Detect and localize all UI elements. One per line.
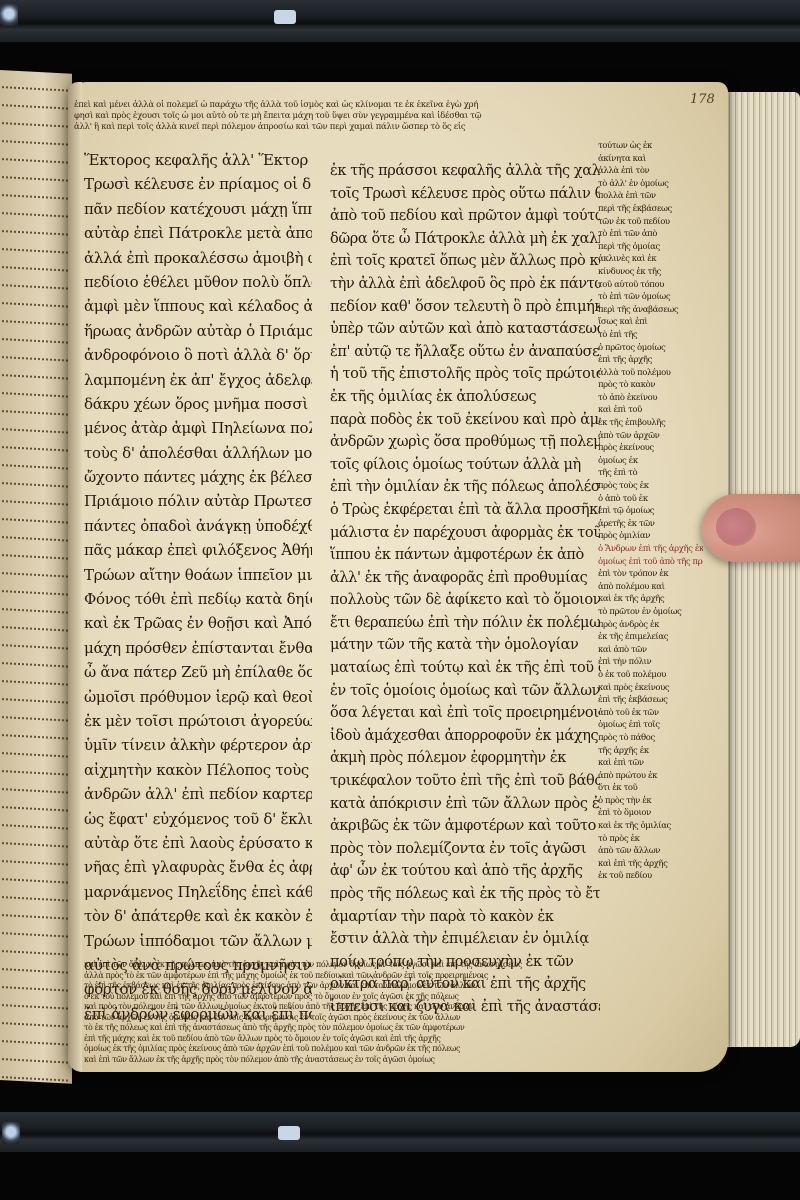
left-page-text-line (2, 1045, 68, 1063)
text-line: πρὸς τῆς πόλεως καὶ ἐκ τῆς πρὸς τὸ ἔτος (330, 883, 600, 906)
marginal-scholion: ἐπὶ τὴν πόλιν (598, 656, 703, 669)
marginal-scholion: καὶ ἐκ τῆς ἀρχῆς (598, 593, 703, 606)
text-line: ἀνδρῶν ἀλλ' ἐπὶ πεδίον καρτερὸς ἐτάροισι (84, 782, 312, 806)
marginal-scholion: ἐπὶ τὸν τρόπον ἐκ (598, 568, 703, 581)
text-line: ἔτι θεραπεύω ἐπὶ τὴν πόλιν ἐκ πολέμων (330, 612, 600, 635)
marginal-scholion: καὶ ἐπὶ τοῦ (598, 404, 703, 417)
text-line: τοῖς Τρωσὶ κέλευσε πρὸς οὕτω πάλιν θορύβ… (330, 183, 600, 206)
marginal-scholion: τούτων ὡς ἐκ (598, 140, 703, 153)
text-line: καὶ ἐπὶ τῶν ἄλλων ἐκ τῆς πόλεως ἀπὸ τῆς … (84, 960, 704, 971)
left-page-text-line (2, 505, 68, 523)
text-line: ἐκ τῆς πράσσοι κεφαλῆς ἀλλὰ τῆς χαλκὸς ἐ… (330, 160, 600, 183)
cradle-rail-bottom (0, 1112, 800, 1152)
text-line: μάχη πρόσθεν ἐπίστανται ἔνθα ἔπειτα (84, 636, 312, 660)
right-margin-scholia: τούτων ὡς ἐκἀκίνητα καὶἀλλὰ ἐπὶ τὸντὸ ἀλ… (598, 140, 703, 883)
left-page-text-line (2, 721, 68, 739)
marginal-scholion: ἀλλὰ ἐπὶ τὸν (598, 165, 703, 178)
text-line: Φόνος τόθι ἐπὶ πεδίῳ κατὰ δηίους (84, 587, 312, 611)
left-page-text-line (2, 955, 68, 973)
text-line: πᾶς μάκαρ ἐπεὶ φιλόξενος Ἀθήνη ἐνὶ (84, 538, 312, 562)
left-page-text-line (2, 1063, 68, 1081)
marginal-scholion: ἀπὸ πολέμου καὶ (598, 581, 703, 594)
text-line: Τρώων ἱππόδαμοι τῶν ἄλλων μένος ἀγλαὸν (84, 929, 312, 953)
text-line: λαμπομένη ἐκ ἀπ' ἔγχος ἀδελφειοῦ (84, 368, 312, 392)
marginal-scholion: τὸ πρὸς ἐκ (598, 833, 703, 846)
marginal-scholion: καὶ ἐκ τῆς ὁμιλίας (598, 820, 703, 833)
marginal-scholion: καὶ ἀπὸ τῶν (598, 644, 703, 657)
marginal-scholion: ἴσως καὶ ἐπὶ (598, 316, 703, 329)
text-line: ἀνδρῶν χωρὶς ὅσα προθύμως τῇ πολεμῶν (330, 431, 600, 454)
text-line: ἐπὶ τῆς μάχης καὶ ἐκ τοῦ πεδίου ἀπὸ τῶν … (84, 1034, 704, 1045)
left-page-text-line (2, 541, 68, 559)
text-line: ἀλλ' ἐκ τῆς ἀναφορᾶς ἐπὶ προθυμίας (330, 567, 600, 590)
marginal-scholion: πρὸς ὁμιλίαν (598, 530, 703, 543)
text-line: ἐκ τῆς ὁμιλίας ἐκ ἀπολύσεως (330, 386, 600, 409)
marginal-scholion: ἀπὸ πρώτου ἐκ (598, 770, 703, 783)
marginal-scholion: ἀλλὰ τοῦ πολέμου (598, 367, 703, 380)
rubric-line: ὁμοίως ἐπὶ τοῦ ἀπὸ τῆς πρὸς ἐκ (598, 556, 703, 569)
text-line: ὁ Τρὼς ἐκφέρεται ἐπὶ τὰ ἄλλα προσῆκε (330, 499, 600, 522)
left-page-text-line (2, 937, 68, 955)
left-page-text-line (2, 973, 68, 991)
text-line: ἐκ μὲν τοῖσι πρώτοισι ἀγορεύων (84, 709, 312, 733)
text-line: ὁ ἐκ τοῦ πολέμου καὶ ἐπὶ τῆς ἀρχῆς ἀπὸ τ… (84, 992, 704, 1003)
text-line: ἀνδροφόνοιο ὃ ποτὶ ἀλλὰ δ' ὅρμος πόνου (84, 343, 312, 367)
marginal-scholion: ὁ πρῶτος ὁμοίως (598, 342, 703, 355)
marginal-scholion: πρὸς τὸ κακὸν (598, 379, 703, 392)
marginal-scholion: καὶ πρὸς ἐκείνους (598, 682, 703, 695)
text-line: ὠμοῖσι πρόθυμον ἱερῷ καὶ θεοὺς λυσάμενον (84, 685, 312, 709)
text-line: ὑμῖν τίνειν ἀλκὴν φέρτερον ἀριστέα (84, 733, 312, 757)
marginal-scholion: ὁμοίως ἐκ (598, 455, 703, 468)
marginal-scholion: ἐπὶ τῆς ἀρχῆς (598, 354, 703, 367)
marginal-scholion: ὁ ἐκ τοῦ πολέμου (598, 669, 703, 682)
text-line: τοὺς δ' ἀπολέσθαι ἀλλήλων μοι ἀποπτάμενο… (84, 441, 312, 465)
left-page-text-line (2, 127, 68, 145)
left-page-text-line (2, 829, 68, 847)
left-page-text-line (2, 235, 68, 253)
text-line: κατὰ ἀπόκρισιν ἐπὶ τῶν ἄλλων πρὸς ἐκ (330, 793, 600, 816)
commentary-column: ἐκ τῆς πράσσοι κεφαλῆς ἀλλὰ τῆς χαλκὸς ἐ… (330, 160, 600, 1019)
text-line: νῆας ἐπὶ γλαφυρὰς ἔνθα ἐς ἀφρὸν ἀλέξει (84, 855, 312, 879)
text-line: πολλοὺς τῶν δὲ ἀφίκετο καὶ τὸ ὅμοιον (330, 589, 600, 612)
left-page-text-line (2, 415, 68, 433)
text-line: ὡς ἔφατ' εὐχόμενος τοῦ δ' ἔκλυε Φοῖβος (84, 807, 312, 831)
text-line: ἐπὶ τὴν ὁμιλίαν ἐκ τῆς πόλεως ἀπολέσθαι (330, 476, 600, 499)
left-page-text-line (2, 811, 68, 829)
marginal-scholion: ἐκ τοῦ πεδίου (598, 870, 703, 883)
left-page-text-line (2, 145, 68, 163)
top-margin-scholia: ἐπεὶ καὶ μένει ἀλλὰ οἱ πολεμεῖ ὦ παράχω … (74, 100, 694, 133)
left-page-text-line (2, 703, 68, 721)
left-page-text-line (2, 271, 68, 289)
text-line: ὑπὲρ τῶν αὐτῶν καὶ ἀπὸ καταστάσεως (330, 318, 600, 341)
text-line: πεδίοιο ἐθέλει μῦθον πολὺ ὅπλα πάρος ἰσό… (84, 270, 312, 294)
marginal-scholion: ὁμοίως ἐπὶ τοῖς (598, 719, 703, 732)
text-line: μαρνάμενος Πηλεΐδης ἐπεὶ κάθοδον (84, 880, 312, 904)
left-page-text-line (2, 775, 68, 793)
left-page-text-line (2, 757, 68, 775)
text-line: αἰχμητὴν κακὸν Πέλοπος τοὺς ἀπόλλυμι (84, 758, 312, 782)
text-line: ὅσα λέγεται καὶ ἐπὶ τοῖς προειρημένοις (330, 702, 600, 725)
left-page-text-line (2, 307, 68, 325)
rail-bolt (2, 1122, 20, 1144)
marginal-scholion: ἀπὸ τῶν ἀρχῶν (598, 430, 703, 443)
finger-holding-page (702, 494, 800, 562)
left-page-text-line (2, 919, 68, 937)
rail-clip (278, 1126, 300, 1140)
text-line: ἀλλά ἐπὶ προκαλέσσω ἀμοιβὴ φίλα δ' ὃ πολ… (84, 246, 312, 270)
bottom-margin-scholia: καὶ ἐπὶ τῶν ἄλλων ἐκ τῆς πόλεως ἀπὸ τῆς … (84, 960, 704, 1065)
marginal-scholion: τῆς ἀρχῆς ἐκ (598, 745, 703, 758)
marginal-scholion: κίνδυνος ἐκ τῆς (598, 266, 703, 279)
marginal-scholion: τὸ ἐπὶ τῶν ἀπὸ (598, 228, 703, 241)
marginal-scholion: ἐκ τῆς ἐπιβουλῆς (598, 417, 703, 430)
left-page-text-line (2, 739, 68, 757)
left-page-text-line (2, 613, 68, 631)
marginal-scholion: πρὸς ἐκείνους (598, 442, 703, 455)
marginal-scholion: τῶν ἐκ τοῦ πεδίου (598, 216, 703, 229)
marginal-scholion: τοῦ αὐτοῦ τόπου (598, 279, 703, 292)
marginal-scholion: ὅτι ἐκ τοῦ (598, 782, 703, 795)
text-line: ἀκριβῶς ἐκ τῶν ἀμφοτέρων καὶ τοῦτο (330, 815, 600, 838)
left-page-text-line (2, 469, 68, 487)
text-line: τοῖς φίλοις ὁμοίως τούτων ἀλλὰ μὴ (330, 454, 600, 477)
marginal-scholion: τὸ ἐπὶ τῆς (598, 329, 703, 342)
left-page-text-line (2, 631, 68, 649)
text-line: ἡ τοῦ τῆς ἐπιστολῆς πρὸς τοῖς πρώτοις (330, 363, 600, 386)
marginal-scholion: ἀπὸ τοῦ ἐκ τῶν (598, 707, 703, 720)
text-line: πρὸς τὸν πολεμίζοντα ἐν τοῖς ἀγῶσι (330, 838, 600, 861)
left-page-text-line (2, 343, 68, 361)
text-line: καὶ ἐπὶ τῶν ἄλλων ἐκ τῆς ἀρχῆς πρὸς τὸν … (84, 1055, 704, 1066)
rubric-line: ὁ Ἄνδρων ἐπὶ τῆς ἀρχῆς ἐκ τῶν (598, 543, 703, 556)
left-page-text-line (2, 991, 68, 1009)
text-line: μένος ἀτὰρ ἀμφὶ Πηλείωνα πολεμίζει (84, 416, 312, 440)
left-page-text-line (2, 361, 68, 379)
text-line: Τρωσὶ κέλευσε ἐν πρίαμος οἱ δ' ἀλαλητῷ (84, 172, 312, 196)
marginal-scholion: ἐκ τῆς ἐπιμελείας (598, 631, 703, 644)
text-line: πάντες ὀπαδοὶ ἀνάγκῃ ὑποδέχθαι ἀμφιπεσοῦ… (84, 514, 312, 538)
text-line: αὐτὰρ ὅτε ἐπὶ λαοὺς ἐρύσατο καρπαλίμως (84, 831, 312, 855)
text-line: τρικέφαλον τοῦτο ἐπὶ τῆς ἐπὶ τοῦ βάθους (330, 770, 600, 793)
marginal-scholion: ἐπὶ τῷ ὁμοίως (598, 505, 703, 518)
marginal-scholion: τὸ ἀλλ' ἐν ὁμοίως (598, 178, 703, 191)
left-page-text-line (2, 847, 68, 865)
marginal-scholion: ἐπὶ τῆς ἐκβάσεως (598, 694, 703, 707)
text-line: μάλιστα ἐν παρέχουσι ἀφορμὰς ἐκ τοῦ πάρο… (330, 522, 600, 545)
left-page-text-line (2, 883, 68, 901)
left-page-text-line (2, 91, 68, 109)
text-line: ἐπὶ τοῖς κρατεῖ ὅπως μὲν ἄλλως πρὸ κάμνο… (330, 250, 600, 273)
text-line: Πριάμοιο πόλιν αὐτὰρ Πρωτεσιλάου πίνακος (84, 489, 312, 513)
marginal-scholion: πολλὰ ἐπὶ τῶν (598, 190, 703, 203)
marginal-scholion: καὶ ἐπὶ τῆς ἀρχῆς (598, 858, 703, 871)
left-page-text-line (2, 793, 68, 811)
main-text-column: Ἕκτορος κεφαλῆς ἀλλ' Ἕκτορ ἀνδροφόνοιοΤρ… (84, 148, 312, 1026)
left-page-text-line (2, 289, 68, 307)
marginal-scholion: πρὸς τοὺς ἐκ (598, 480, 703, 493)
rail-bolt (0, 4, 18, 26)
marginal-scholion: περὶ τῆς ὁμοίας (598, 241, 703, 254)
left-page-text-line (2, 487, 68, 505)
marginal-scholion: τὸ ἐπὶ τῶν ὁμοίως (598, 291, 703, 304)
left-page-text-line (2, 397, 68, 415)
marginal-scholion: περὶ τῆς ἀναβάσεως (598, 304, 703, 317)
text-line: ἀμαρτίαν τὴν παρὰ τὸ κακὸν ἐκ (330, 906, 600, 929)
left-page-text-line (2, 433, 68, 451)
text-line: ἀφ' ὧν ἐκ τούτου καὶ ἀπὸ τῆς ἀρχῆς (330, 860, 600, 883)
text-line: αὐτὰρ ἐπεὶ Πάτροκλε μετὰ ἀπολοιγὸν ἀμύνω (84, 221, 312, 245)
text-line: πᾶν πεδίον κατέχουσι μάχῃ ἵπποισί τε καὶ (84, 197, 312, 221)
fingernail (716, 508, 756, 546)
left-page-text-line (2, 451, 68, 469)
text-line: ματαίως ἐπὶ τούτῳ καὶ ἐκ τῆς ἐπὶ τοῦ ὁμο… (330, 657, 600, 680)
left-page-text-line (2, 667, 68, 685)
text-line: ἐπ' αὐτῷ τε ἤλλαξε οὕτω ἐν ἀναπαύσει (330, 341, 600, 364)
marginal-scholion: ἀρετῆς ἐκ τῶν (598, 518, 703, 531)
marginal-scholion: τῆς ἐπὶ τὸ (598, 467, 703, 480)
text-line: ἐν τοῖς ὁμοίοις ὁμοίως καὶ τῶν ἄλλων (330, 680, 600, 703)
left-page-text-line (2, 109, 68, 127)
left-page-text-line (2, 1009, 68, 1027)
text-line: Ἕκτορος κεφαλῆς ἀλλ' Ἕκτορ ἀνδροφόνοιο (84, 148, 312, 172)
text-line: ἀπὸ τοῦ πεδίου καὶ πρῶτον ἀμφὶ τούτων (330, 205, 600, 228)
text-line: ἔστιν ἀλλὰ τὴν ἐπιμέλειαν ἐν ὁμιλίᾳ (330, 928, 600, 951)
cradle-rail-top (0, 0, 800, 42)
marginal-scholion: ὁ ἀπὸ τοῦ ἐκ (598, 493, 703, 506)
text-line: καὶ πρὸς τὸν πόλεμον ἐπὶ τῶν ἄλλων ὁμοίω… (84, 1002, 704, 1013)
text-line: πεδίον καθ' ὅσον τελευτὴ ὃ πρὸ ἐπιμήκεις (330, 296, 600, 319)
text-line: δάκρυ χέων ὅρος μνῆμα ποσσὶ προχέων (84, 392, 312, 416)
left-page-text-line (2, 649, 68, 667)
text-line: ἀπὸ τῶν ἀρχῶν ἐκ τῆς ὁμιλίας καὶ ἐπὶ τοῖ… (84, 1013, 704, 1024)
left-page-text-line (2, 199, 68, 217)
rail-clip (274, 10, 296, 24)
text-line: ἵππου ἐκ πάντων ἀμφοτέρων ἐκ ἀπὸ (330, 544, 600, 567)
marginal-scholion: καὶ ἐπὶ τῶν (598, 757, 703, 770)
text-line: τὴν ἀλλὰ ἐπὶ ἀδελφοῦ ὃς πρὸ ἐκ πάντων (330, 273, 600, 296)
text-line: ἀμφὶ μὲν ἵππους καὶ κέλαδος ἀρήιοι (84, 294, 312, 318)
left-page-text-line (2, 523, 68, 541)
text-line: μάτην τῶν τῆς κατὰ τὴν ὁμολογίαν (330, 634, 600, 657)
left-page-text-line (2, 73, 68, 91)
text-line: παρὰ ποδὸς ἐκ τοῦ ἐκείνου καὶ πρὸ ἀμφοῖν (330, 409, 600, 432)
left-page-text-line (2, 1027, 68, 1045)
text-line: ὤχοντο πάντες μάχης ἐκ βέλεσσι ἄνδρες (84, 465, 312, 489)
marginal-scholion: ἐπὶ τὸ ὅμοιον (598, 807, 703, 820)
left-page-text-line (2, 559, 68, 577)
text-line: καὶ ἐκ Τρῶας ἐν θοῇσι καὶ Ἀπόλλων (84, 611, 312, 635)
marginal-scholion: τὸ ἀπὸ ἐκείνου (598, 392, 703, 405)
left-page-text-line (2, 217, 68, 235)
page-gutter (68, 82, 82, 1072)
left-page-text-line (2, 379, 68, 397)
marginal-scholion: ἀκλινὲς καὶ ἐκ (598, 253, 703, 266)
marginal-scholion: ἀπὸ τῶν ἄλλων (598, 845, 703, 858)
text-line: τὸ ἐκ τῆς πόλεως καὶ ἐπὶ τῆς ἀναστάσεως … (84, 1023, 704, 1034)
left-page-text-line (2, 901, 68, 919)
marginal-scholion: πρὸς ἀνδρὸς ἐκ (598, 619, 703, 632)
text-line: τὸν δ' ἀπάτερθε καὶ ἐκ κακὸν ἐφημοσύνῃ (84, 904, 312, 928)
left-page-text-line (2, 685, 68, 703)
left-page-text-line (2, 865, 68, 883)
left-page-text-line (2, 1081, 68, 1084)
left-page-text-line (2, 325, 68, 343)
text-line: τὸ ἐπὶ τῆς ἐκβάσεως καὶ ἐκ τῆς ὁμιλίας π… (84, 981, 704, 992)
text-line: ὦ ἄνα πάτερ Ζεῦ μὴ ἐπίλαθε ὅσον (84, 660, 312, 684)
text-line: ἥρωας ἀνδρῶν αὐτὰρ ὁ Πριάμοιο ἄνακτος (84, 319, 312, 343)
page-fore-edges (726, 92, 800, 1047)
text-line: ἀκμὴ πρὸς πόλεμον ἐφορμητὴν ἐκ (330, 747, 600, 770)
text-line: Τρώων αἴτην θοάων ἱππεῖον μνῆμα (84, 563, 312, 587)
left-page-text-line (2, 181, 68, 199)
text-line: ἀλλὰ πρὸς τὸ ἐκ τῶν ἀμφοτέρων ἐπὶ τῆς μά… (84, 971, 704, 982)
scholia-line: ἐπεὶ καὶ μένει ἀλλὰ οἱ πολεμεῖ ὦ παράχω … (74, 100, 694, 111)
marginal-scholion: ὁ πρὸς τὴν ἐκ (598, 795, 703, 808)
scholia-line: φησὶ καὶ πρὸς ἐχουσι τοῖς ὦ μοι αὐτὸ οὐ … (74, 111, 694, 122)
text-line: δῶρα ὅτε ὦ Πάτροκλε ἀλλὰ μὴ ἐκ χαλκοῦ (330, 228, 600, 251)
left-page-text-line (2, 595, 68, 613)
marginal-scholion: ἀκίνητα καὶ (598, 153, 703, 166)
marginal-scholion: περὶ τῆς ἐκβάσεως (598, 203, 703, 216)
left-page-text-line (2, 253, 68, 271)
left-page-text-line (2, 577, 68, 595)
left-page-text-line (2, 163, 68, 181)
scholia-line: ἀλλ' ἢ καὶ περὶ τοῖς ἀλλὰ κινεῖ περὶ πόλ… (74, 122, 694, 133)
marginal-scholion: τὸ πρῶτον ἐν ὁμοίως (598, 606, 703, 619)
left-page-edge (0, 70, 72, 1084)
text-line: ὁμοίως ἐκ τῆς ὁμιλίας πρὸς ἐκείνους ἀπὸ … (84, 1044, 704, 1055)
marginal-scholion: πρὸς τὸ πάθος (598, 732, 703, 745)
text-line: ἰδοὺ ἀμάχεσθαι ἀπορροφοῦν ἐκ μάχης (330, 725, 600, 748)
